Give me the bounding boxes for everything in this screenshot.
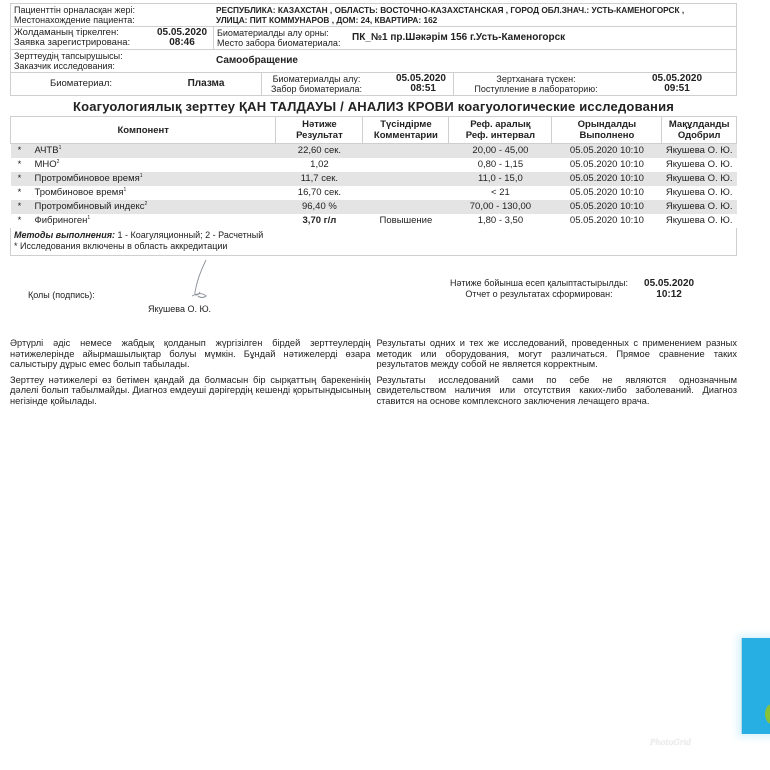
report-generated: Нәтиже бойынша есеп қалыптастырылды: Отч… (450, 278, 694, 300)
report-date: 05.05.2020 (644, 278, 694, 289)
collected-label-kz: Биоматериалды алу: (265, 74, 368, 84)
patient-location-value: РЕСПУБЛИКА: КАЗАХСТАН , ОБЛАСТЬ: ВОСТОЧН… (213, 4, 736, 26)
patient-location-labels: Пациенттін орналасқан жері: Местонахожде… (11, 4, 213, 26)
accreditation-star: * (11, 144, 29, 159)
disclaimer-kz-1: Әртүрлі әдіс немесе жабдық қолданып жүрг… (10, 338, 371, 370)
lab-report-document: Пациенттін орналасқан жері: Местонахожде… (10, 3, 737, 411)
approved-by: Якушева О. Ю. (662, 144, 737, 159)
collected-labels: Биоматериалды алу: Забор биоматериала: (261, 73, 371, 95)
biomaterial-row: Биоматериал: Плазма Биоматериалды алу: З… (11, 73, 736, 95)
comment: Повышение (363, 214, 449, 228)
signature-label: Қолы (подпись): (28, 290, 95, 300)
table-row: *МНО21,020,80 - 1,1505.05.2020 10:10Якуш… (11, 158, 737, 172)
component-name: Протромбиновый индекс2 (29, 200, 276, 214)
accreditation-star: * (11, 186, 29, 200)
method-superscript: 1 (87, 215, 90, 221)
report-label-kz: Нәтиже бойынша есеп қалыптастырылды: (450, 278, 628, 289)
lab-received-label-ru: Поступление в лабораторию: (457, 84, 615, 94)
comment (363, 200, 449, 214)
disclaimer-ru: Результаты одних и тех же исследований, … (377, 338, 738, 411)
performed-datetime: 05.05.2020 10:10 (552, 172, 662, 186)
reference-interval: 70,00 - 130,00 (449, 200, 552, 214)
report-time: 10:12 (644, 289, 694, 300)
approved-by: Якушева О. Ю. (662, 186, 737, 200)
collected-label-ru: Забор биоматериала: (265, 84, 368, 94)
table-row: *АЧТВ122,60 сек.20,00 - 45,0005.05.2020 … (11, 144, 737, 159)
patient-location-label-kz: Пациенттін орналасқан жері: (14, 5, 210, 15)
result-value: 1,02 (276, 158, 363, 172)
green-shape-icon (765, 704, 770, 724)
reference-interval: 1,80 - 3,50 (449, 214, 552, 228)
col-header-approved: МақұлдандыОдобрил (662, 117, 737, 144)
lab-received-datetime: 05.05.2020 09:51 (618, 73, 736, 95)
patient-address-line1: РЕСПУБЛИКА: КАЗАХСТАН , ОБЛАСТЬ: ВОСТОЧН… (216, 5, 733, 15)
patient-location-label-ru: Местонахождение пациента: (14, 15, 210, 25)
col-header-comment: ТүсіндірмеКомментарии (363, 117, 449, 144)
disclaimer-kz-2: Зерттеу нәтижелері өз бетімен қандай да … (10, 375, 371, 407)
component-name: Протромбиновое время1 (29, 172, 276, 186)
method-superscript: 1 (59, 145, 62, 151)
method-superscript: 2 (145, 201, 148, 207)
customer-row: Зерттеудің тапсырушысы: Заказчик исследо… (11, 50, 736, 73)
method-superscript: 1 (140, 173, 143, 179)
watermark: PhotoGrid (650, 738, 691, 747)
lab-received-label-kz: Зертханаға түскен: (457, 74, 615, 84)
result-value: 96,40 % (276, 200, 363, 214)
patient-address-line2: УЛИЦА: ПИТ КОММУНАРОВ , ДОМ: 24, КВАРТИР… (216, 15, 733, 25)
methods-note: Методы выполнения: 1 - Коагуляционный; 2… (10, 228, 737, 256)
disclaimer: Әртүрлі әдіс немесе жабдық қолданып жүрг… (10, 338, 737, 411)
collection-place-value: ПК_№1 пр.Шәкәрім 156 г.Усть-Каменогорск (349, 27, 736, 49)
handwritten-signature-icon (182, 258, 222, 300)
accreditation-star: * (11, 200, 29, 214)
result-value: 22,60 сек. (276, 144, 363, 159)
accreditation-star: * (11, 172, 29, 186)
collected-datetime: 05.05.2020 08:51 (371, 73, 453, 95)
col-header-reference: Реф. аралықРеф. интервал (449, 117, 552, 144)
methods-label: Методы выполнения: (14, 230, 115, 240)
patient-info-block: Пациенттін орналасқан жері: Местонахожде… (10, 3, 737, 96)
photo-collage-thumbnail (741, 638, 770, 734)
results-table: Компонент НәтижеРезультат ТүсіндірмеКомм… (10, 116, 737, 228)
accreditation-star: * (11, 158, 29, 172)
methods-line: Методы выполнения: 1 - Коагуляционный; 2… (14, 230, 733, 241)
performed-datetime: 05.05.2020 10:10 (552, 144, 662, 159)
component-name: МНО2 (29, 158, 276, 172)
method-superscript: 1 (123, 187, 126, 193)
customer-label-kz: Зерттеудің тапсырушысы: (14, 51, 210, 61)
result-value: 3,70 г/л (276, 214, 363, 228)
comment (363, 158, 449, 172)
report-generated-datetime: 05.05.2020 10:12 (644, 278, 694, 300)
customer-label-ru: Заказчик исследования: (14, 61, 210, 71)
biomaterial-value: Плазма (151, 73, 261, 95)
collection-place-label-ru: Место забора биоматериала: (217, 38, 346, 48)
approved-by: Якушева О. Ю. (662, 214, 737, 228)
methods-text: 1 - Коагуляционный; 2 - Расчетный (115, 230, 263, 240)
table-row: *Тромбиновое время116,70 сек.< 2105.05.2… (11, 186, 737, 200)
registered-time: 08:46 (154, 38, 210, 48)
collection-place-labels: Биоматериалды алу орны: Место забора био… (213, 27, 349, 49)
table-row: *Фибриноген13,70 г/лПовышение1,80 - 3,50… (11, 214, 737, 228)
method-superscript: 2 (57, 159, 60, 165)
report-label-ru: Отчет о результатах сформирован: (450, 289, 628, 300)
col-header-result: НәтижеРезультат (276, 117, 363, 144)
lab-received-time: 09:51 (621, 84, 733, 94)
reference-interval: 20,00 - 45,00 (449, 144, 552, 159)
disclaimer-kz: Әртүрлі әдіс немесе жабдық қолданып жүрг… (10, 338, 371, 411)
collection-place-label-kz: Биоматериалды алу орны: (217, 28, 346, 38)
signature-block: Қолы (подпись): Якушева О. Ю. Нәтиже бой… (10, 256, 737, 336)
component-name: Фибриноген1 (29, 214, 276, 228)
result-value: 11,7 сек. (276, 172, 363, 186)
reference-interval: < 21 (449, 186, 552, 200)
report-generated-labels: Нәтиже бойынша есеп қалыптастырылды: Отч… (450, 278, 628, 300)
comment (363, 144, 449, 159)
accreditation-star: * (11, 214, 29, 228)
col-header-performed: ОрындалдыВыполнено (552, 117, 662, 144)
performed-datetime: 05.05.2020 10:10 (552, 200, 662, 214)
results-header-row: Компонент НәтижеРезультат ТүсіндірмеКомм… (11, 117, 737, 144)
disclaimer-ru-2: Результаты исследований сами по себе не … (377, 375, 738, 407)
registered-labels: Жолдаманың тіркелген: Заявка зарегистрир… (11, 27, 151, 49)
results-body: *АЧТВ122,60 сек.20,00 - 45,0005.05.2020 … (11, 144, 737, 229)
comment (363, 172, 449, 186)
reference-interval: 0,80 - 1,15 (449, 158, 552, 172)
customer-labels: Зерттеудің тапсырушысы: Заказчик исследо… (11, 50, 213, 72)
comment (363, 186, 449, 200)
lab-received-labels: Зертханаға түскен: Поступление в лаборат… (453, 73, 618, 95)
accreditation-note: * Исследования включены в область аккред… (14, 241, 733, 252)
registered-datetime: 05.05.2020 08:46 (151, 27, 213, 49)
registration-row: Жолдаманың тіркелген: Заявка зарегистрир… (11, 27, 736, 50)
collected-time: 08:51 (374, 84, 450, 94)
result-value: 16,70 сек. (276, 186, 363, 200)
approved-by: Якушева О. Ю. (662, 158, 737, 172)
performed-datetime: 05.05.2020 10:10 (552, 186, 662, 200)
report-title: Коагуологиялық зерттеу ҚАН ТАЛДАУЫ / АНА… (10, 99, 737, 114)
customer-value: Самообращение (213, 50, 736, 72)
reference-interval: 11,0 - 15,0 (449, 172, 552, 186)
approved-by: Якушева О. Ю. (662, 172, 737, 186)
registered-label-ru: Заявка зарегистрирована: (14, 38, 148, 48)
performed-datetime: 05.05.2020 10:10 (552, 158, 662, 172)
table-row: *Протромбиновый индекс296,40 %70,00 - 13… (11, 200, 737, 214)
col-header-component: Компонент (11, 117, 276, 144)
component-name: АЧТВ1 (29, 144, 276, 159)
disclaimer-ru-1: Результаты одних и тех же исследований, … (377, 338, 738, 370)
signature-name: Якушева О. Ю. (148, 304, 211, 314)
performed-datetime: 05.05.2020 10:10 (552, 214, 662, 228)
approved-by: Якушева О. Ю. (662, 200, 737, 214)
table-row: *Протромбиновое время111,7 сек.11,0 - 15… (11, 172, 737, 186)
component-name: Тромбиновое время1 (29, 186, 276, 200)
biomaterial-label: Биоматериал: (11, 73, 151, 95)
patient-location-row: Пациенттін орналасқан жері: Местонахожде… (11, 4, 736, 27)
